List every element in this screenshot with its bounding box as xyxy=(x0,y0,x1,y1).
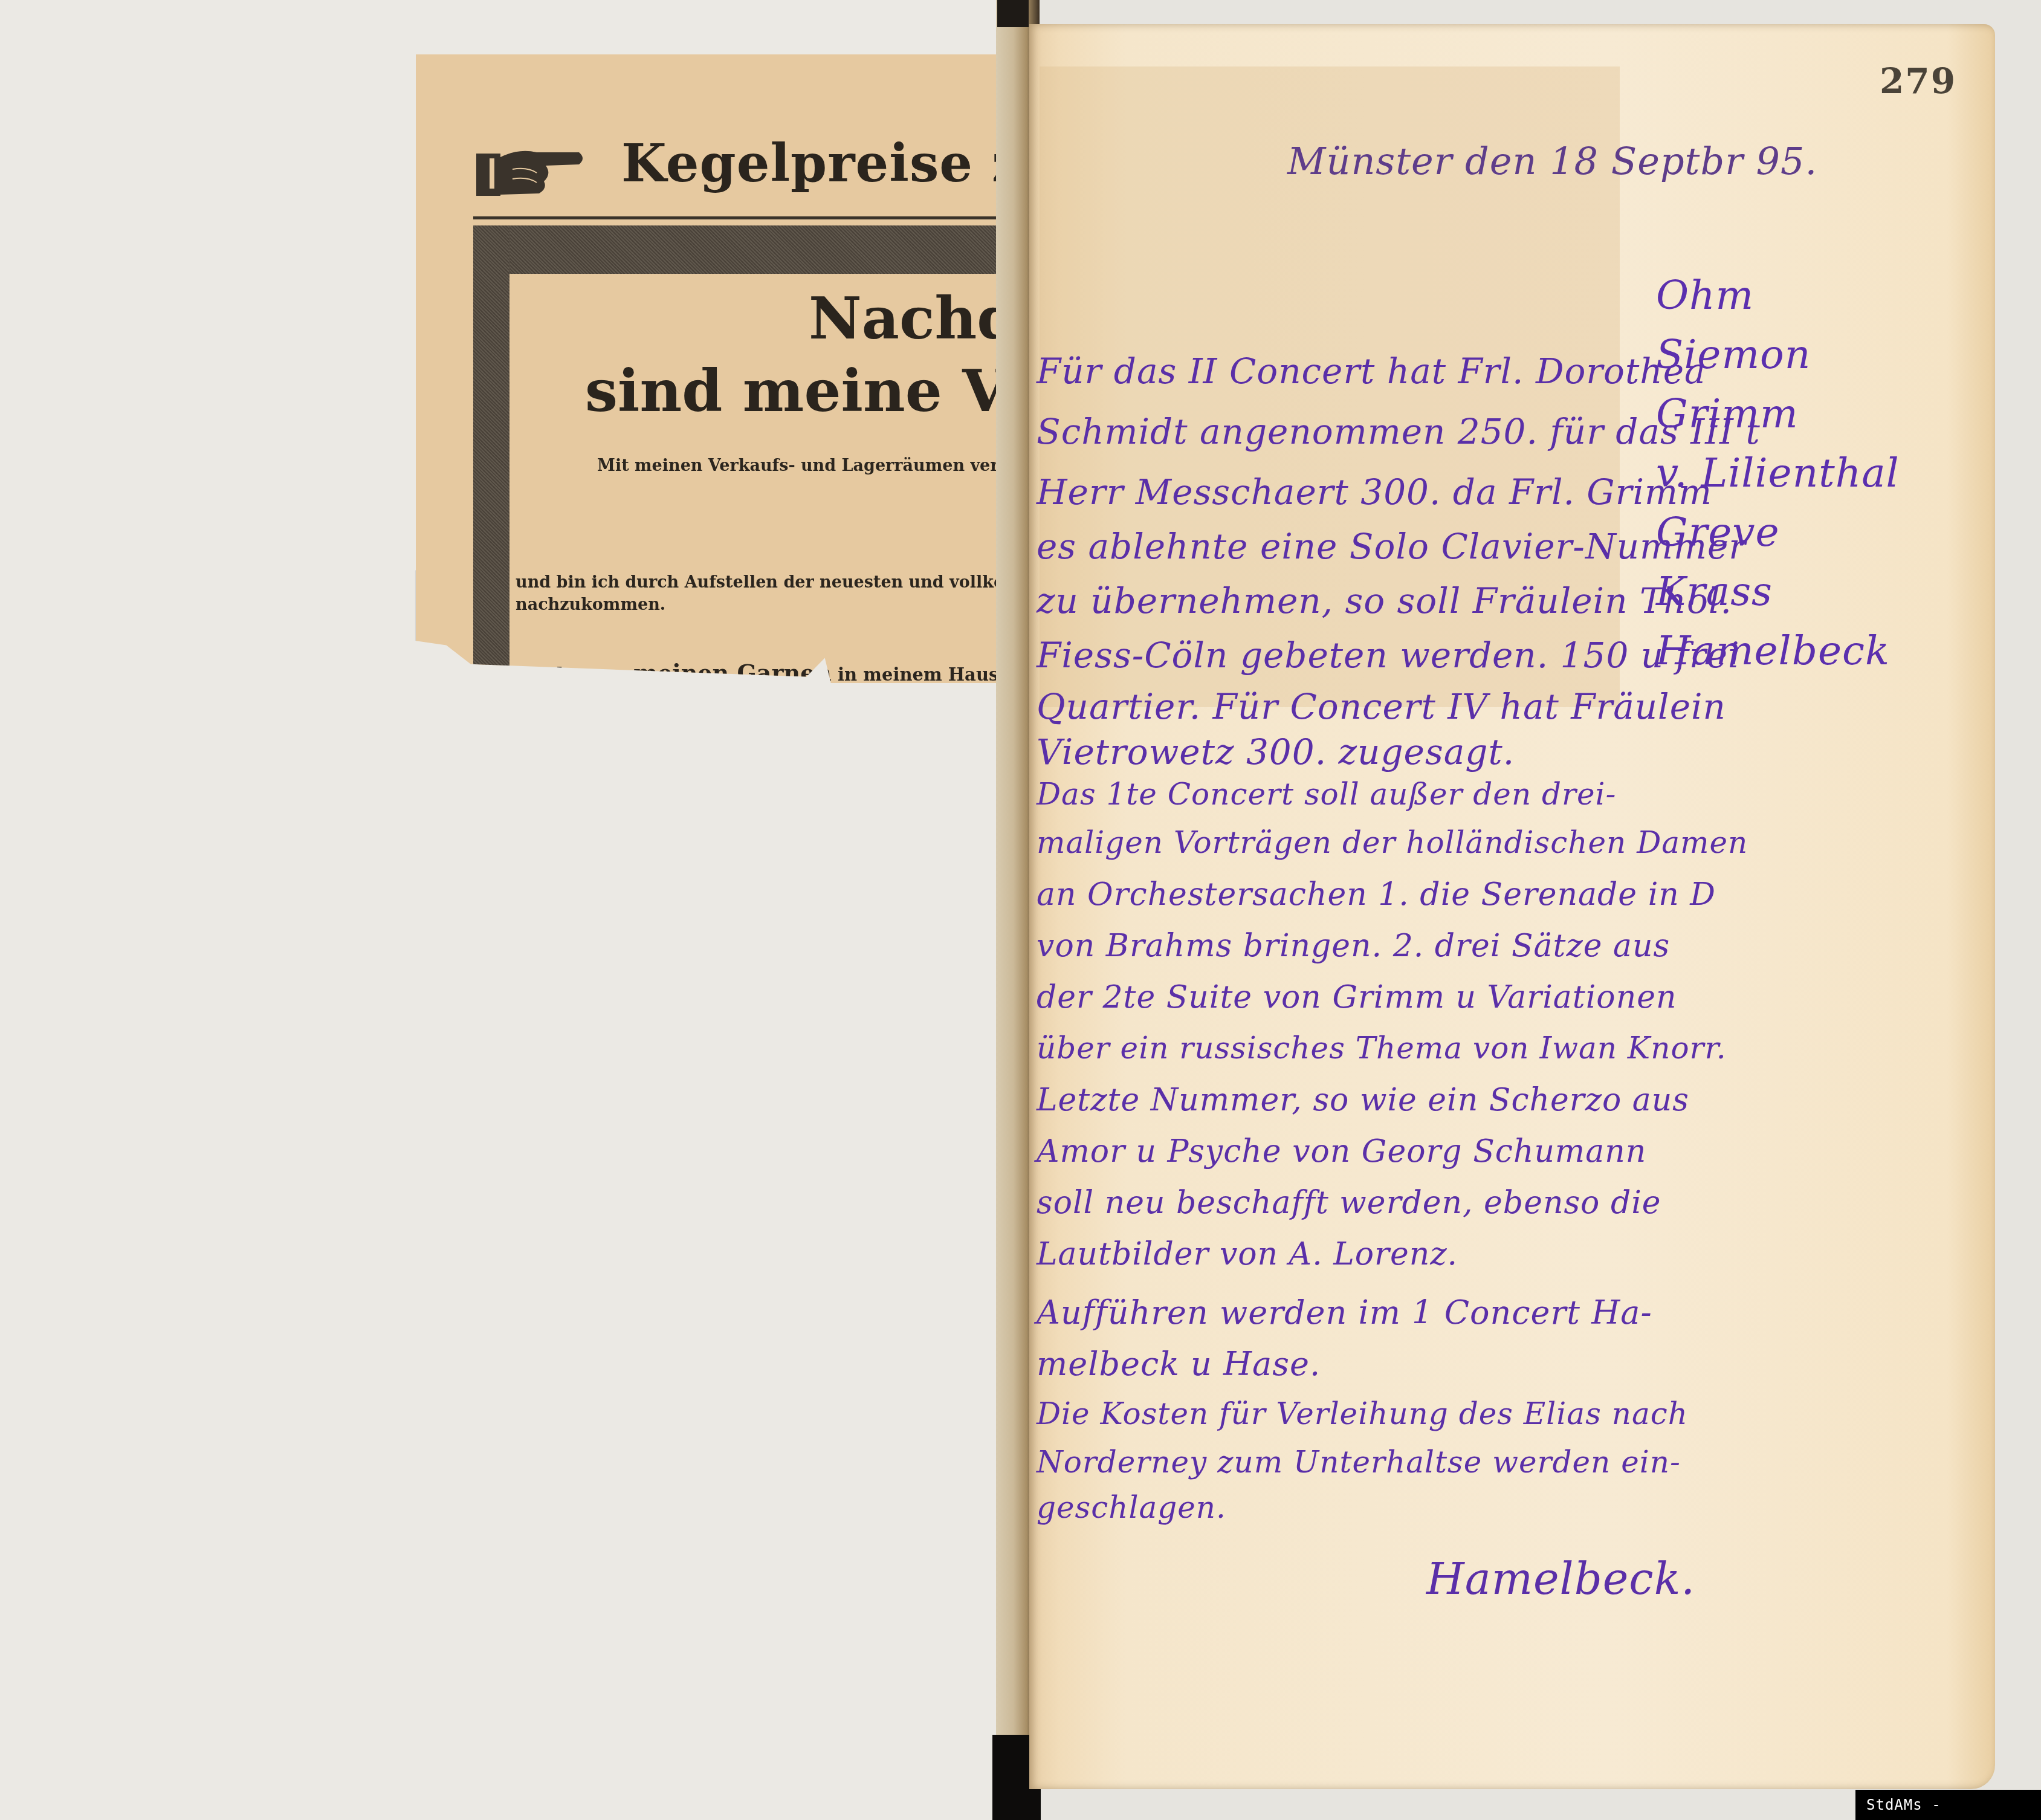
letter-line: Die Kosten für Verleihung des Elias nach xyxy=(1037,1396,1688,1431)
letter-line: es ablehnte eine Solo Clavier-Nummer xyxy=(1037,526,1746,567)
letter-line: Lautbilder von A. Lorenz. xyxy=(1037,1236,1458,1272)
place-date: Münster den 18 Septbr 95. xyxy=(1287,139,1817,183)
attendee: Ohm xyxy=(1656,266,1900,325)
signature: Hamelbeck. xyxy=(1426,1553,1695,1604)
archive-label: StdAMs - MV_004_439 xyxy=(1855,1790,2041,1820)
clipping-line-5: nachzukommen. xyxy=(516,595,665,614)
newspaper-clipping: Kegelpreise zu Engro Nachdem sind meine … xyxy=(416,54,1026,683)
letter-line: Das 1te Concert soll außer den drei- xyxy=(1037,777,1616,812)
letter-line: Amor u Psyche von Georg Schumann xyxy=(1037,1133,1646,1170)
attendee: Krass xyxy=(1656,562,1900,621)
letter-line: Schmidt angenommen 250. für das III t xyxy=(1037,411,1761,452)
attendee-list: Ohm Siemon Grimm v. Lilienthal Greve Kra… xyxy=(1656,266,1900,681)
clipping-frame-top xyxy=(473,225,1029,274)
letter-line: melbeck u Hase. xyxy=(1037,1345,1321,1383)
letter-line: zu übernehmen, so soll Fräulein Thol. xyxy=(1037,580,1732,621)
letter-line: von Brahms bringen. 2. drei Sätze aus xyxy=(1037,928,1670,964)
page-number: 279 xyxy=(1880,60,1956,102)
letter-line: an Orchestersachen 1. die Serenade in D xyxy=(1037,876,1716,913)
pointing-hand-icon xyxy=(476,145,585,199)
attendee: Siemon xyxy=(1656,325,1900,384)
letter-line: Für das II Concert hat Frl. Dorothea xyxy=(1037,351,1706,392)
letter-line: Herr Messchaert 300. da Frl. Grimm xyxy=(1037,471,1712,513)
letter-line: der 2te Suite von Grimm u Variationen xyxy=(1037,979,1677,1015)
clipping-rule xyxy=(473,216,1029,219)
attendee: Hamelbeck xyxy=(1656,621,1900,681)
letter-line: Aufführen werden im 1 Concert Ha- xyxy=(1037,1294,1652,1332)
letter-line: Norderney zum Unterhaltse werden ein- xyxy=(1037,1445,1681,1480)
letter-line: Fiess-Cöln gebeten werden. 150 u frei xyxy=(1037,635,1740,676)
attendee: Grimm xyxy=(1656,384,1900,444)
letter-line: soll neu beschafft werden, ebenso die xyxy=(1037,1185,1661,1221)
binding-top xyxy=(997,0,1029,27)
letter-line: maligen Vorträgen der holländischen Dame… xyxy=(1037,825,1748,860)
letter-line: Vietrowetz 300. zugesagt. xyxy=(1037,731,1515,772)
attendee: v. Lilienthal xyxy=(1656,444,1900,503)
clipping-frame-left xyxy=(473,225,509,673)
letter-line: über ein russisches Thema von Iwan Knorr… xyxy=(1037,1031,1727,1066)
letter-line: Letzte Nummer, so wie ein Scherzo aus xyxy=(1037,1082,1689,1118)
letter-line: geschlagen. xyxy=(1037,1490,1226,1525)
letter-line: Quartier. Für Concert IV hat Fräulein xyxy=(1037,686,1726,727)
attendee: Greve xyxy=(1656,503,1900,562)
